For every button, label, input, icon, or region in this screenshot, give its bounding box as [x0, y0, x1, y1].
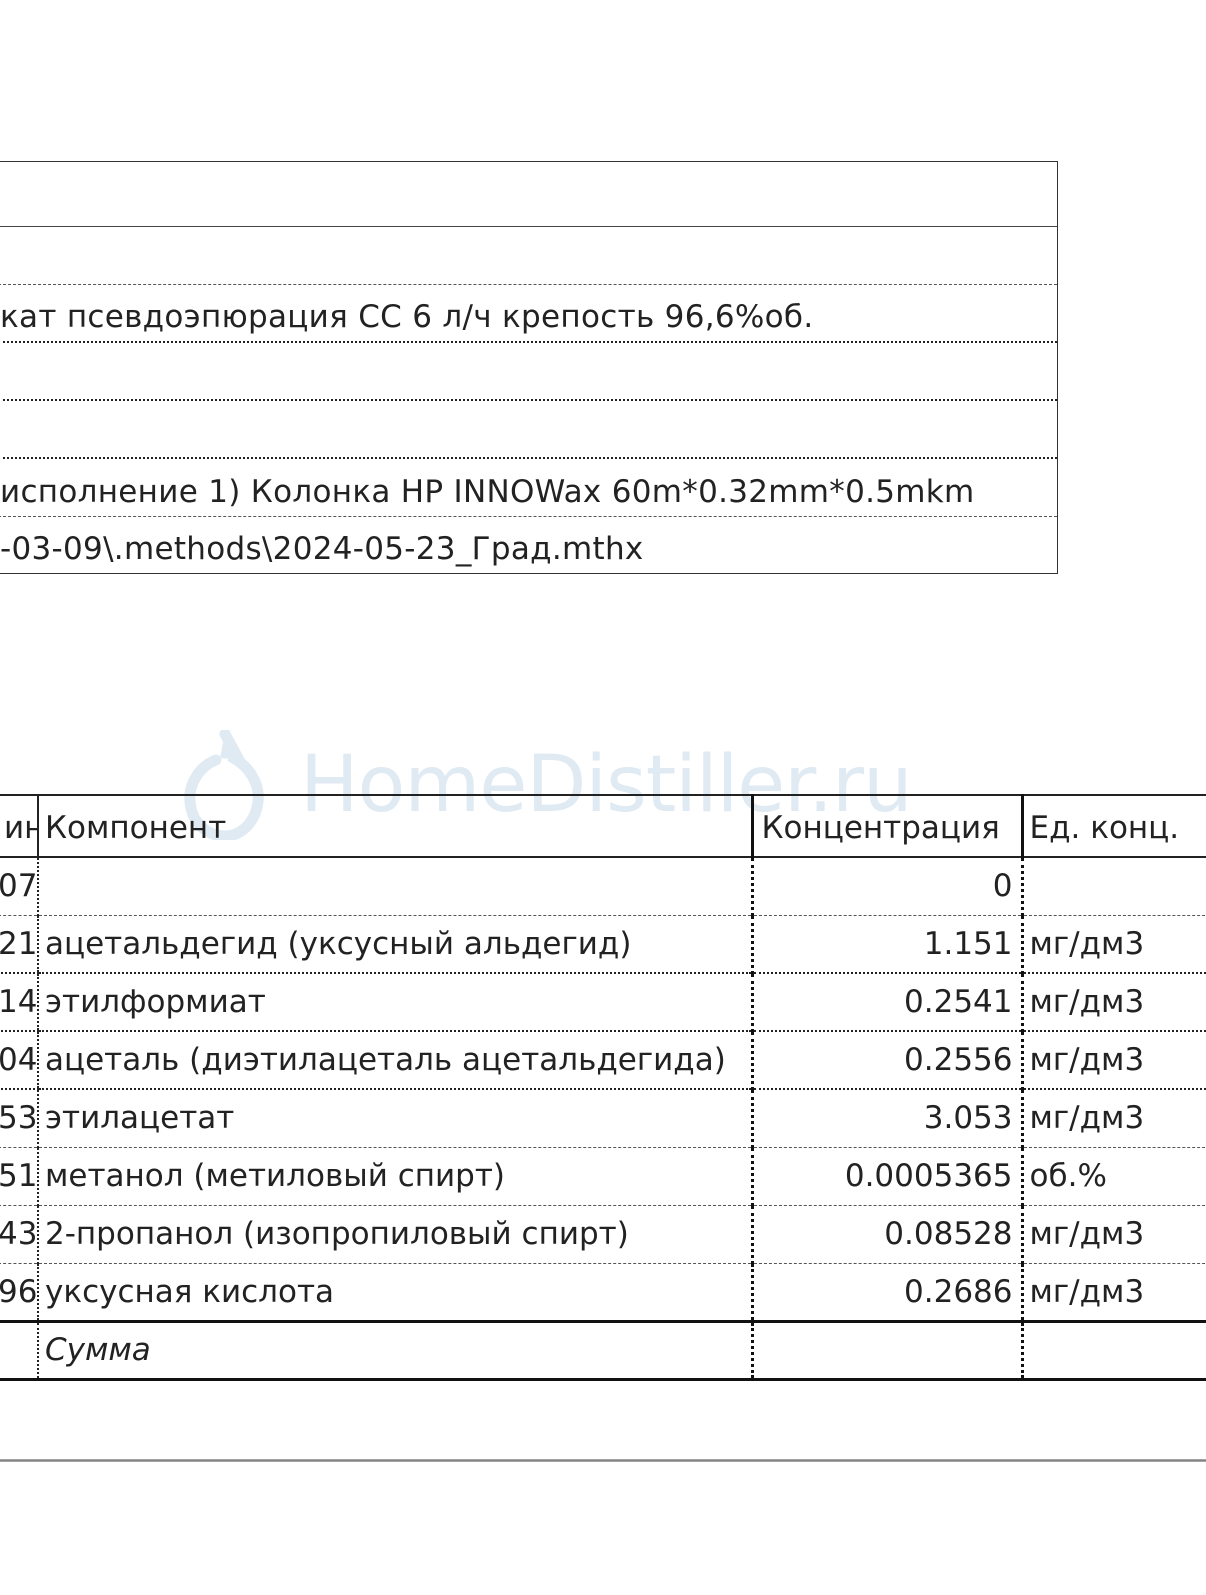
component-cell: этилформиат — [38, 973, 752, 1031]
component-cell — [38, 857, 752, 915]
unit-cell: мг/дм3 — [1022, 1089, 1206, 1147]
sum-concentration-cell — [752, 1321, 1022, 1379]
column-header-component: Компонент — [38, 795, 752, 857]
sample-description: кат псевдоэпюрация СС 6 л/ч крепость 96,… — [0, 299, 814, 335]
retention-cell: 07 — [0, 857, 38, 915]
results-table: ин Компонент Концентрация Ед. конц. 07 0… — [0, 794, 1206, 1381]
sum-label: Сумма — [38, 1321, 752, 1379]
component-cell: 2-пропанол (изопропиловый спирт) — [38, 1205, 752, 1263]
results-header-row: ин Компонент Концентрация Ед. конц. — [0, 795, 1206, 857]
retention-cell: 21 — [0, 915, 38, 973]
component-cell: метанол (метиловый спирт) — [38, 1147, 752, 1205]
unit-cell: об.% — [1022, 1147, 1206, 1205]
concentration-cell: 0.2686 — [752, 1263, 1022, 1321]
retention-cell: 04 — [0, 1031, 38, 1089]
concentration-cell: 0 — [752, 857, 1022, 915]
retention-cell: 14 — [0, 973, 38, 1031]
unit-cell — [1022, 857, 1206, 915]
concentration-cell: 3.053 — [752, 1089, 1022, 1147]
info-row — [0, 343, 1057, 401]
table-row: 14 этилформиат 0.2541 мг/дм3 — [0, 973, 1206, 1031]
table-row: 96 уксусная кислота 0.2686 мг/дм3 — [0, 1263, 1206, 1321]
concentration-cell: 1.151 — [752, 915, 1022, 973]
unit-cell: мг/дм3 — [1022, 1031, 1206, 1089]
sum-retention-cell — [0, 1321, 38, 1379]
component-cell: ацетальдегид (уксусный альдегид) — [38, 915, 752, 973]
page-footer-divider — [0, 1459, 1206, 1462]
component-cell: этилацетат — [38, 1089, 752, 1147]
table-row: 51 метанол (метиловый спирт) 0.0005365 о… — [0, 1147, 1206, 1205]
column-header-concentration: Концентрация — [752, 795, 1022, 857]
unit-cell: мг/дм3 — [1022, 1205, 1206, 1263]
retention-cell: 43 — [0, 1205, 38, 1263]
retention-cell: 96 — [0, 1263, 38, 1321]
concentration-cell: 0.2541 — [752, 973, 1022, 1031]
concentration-cell: 0.0005365 — [752, 1147, 1022, 1205]
sum-unit-cell — [1022, 1321, 1206, 1379]
table-row: 43 2-пропанол (изопропиловый спирт) 0.08… — [0, 1205, 1206, 1263]
sum-row: Сумма — [0, 1321, 1206, 1379]
component-cell: ацеталь (диэтилацеталь ацетальдегида) — [38, 1031, 752, 1089]
info-row-sample-description: кат псевдоэпюрация СС 6 л/ч крепость 96,… — [0, 285, 1057, 343]
method-file-path: -03-09\.methods\2024-05-23_Град.mthx — [0, 531, 644, 567]
unit-cell: мг/дм3 — [1022, 915, 1206, 973]
info-row — [0, 227, 1057, 285]
info-row — [0, 401, 1057, 459]
report-page: кат псевдоэпюрация СС 6 л/ч крепость 96,… — [0, 0, 1206, 1595]
concentration-cell: 0.08528 — [752, 1205, 1022, 1263]
concentration-cell: 0.2556 — [752, 1031, 1022, 1089]
retention-cell: 53 — [0, 1089, 38, 1147]
unit-cell: мг/дм3 — [1022, 1263, 1206, 1321]
table-row: 07 0 — [0, 857, 1206, 915]
table-row: 53 этилацетат 3.053 мг/дм3 — [0, 1089, 1206, 1147]
retention-cell: 51 — [0, 1147, 38, 1205]
info-row-method-file: -03-09\.methods\2024-05-23_Град.mthx — [0, 517, 1057, 573]
table-row: 21 ацетальдегид (уксусный альдегид) 1.15… — [0, 915, 1206, 973]
column-header-unit: Ед. конц. — [1022, 795, 1206, 857]
sample-info-table: кат псевдоэпюрация СС 6 л/ч крепость 96,… — [0, 161, 1058, 574]
instrument-column: исполнение 1) Колонка HP INNOWax 60m*0.3… — [0, 474, 975, 510]
column-header-retention: ин — [0, 795, 38, 857]
unit-cell: мг/дм3 — [1022, 973, 1206, 1031]
info-row-instrument: исполнение 1) Колонка HP INNOWax 60m*0.3… — [0, 459, 1057, 517]
table-row: 04 ацеталь (диэтилацеталь ацетальдегида)… — [0, 1031, 1206, 1089]
info-table-header — [0, 162, 1057, 227]
component-cell: уксусная кислота — [38, 1263, 752, 1321]
